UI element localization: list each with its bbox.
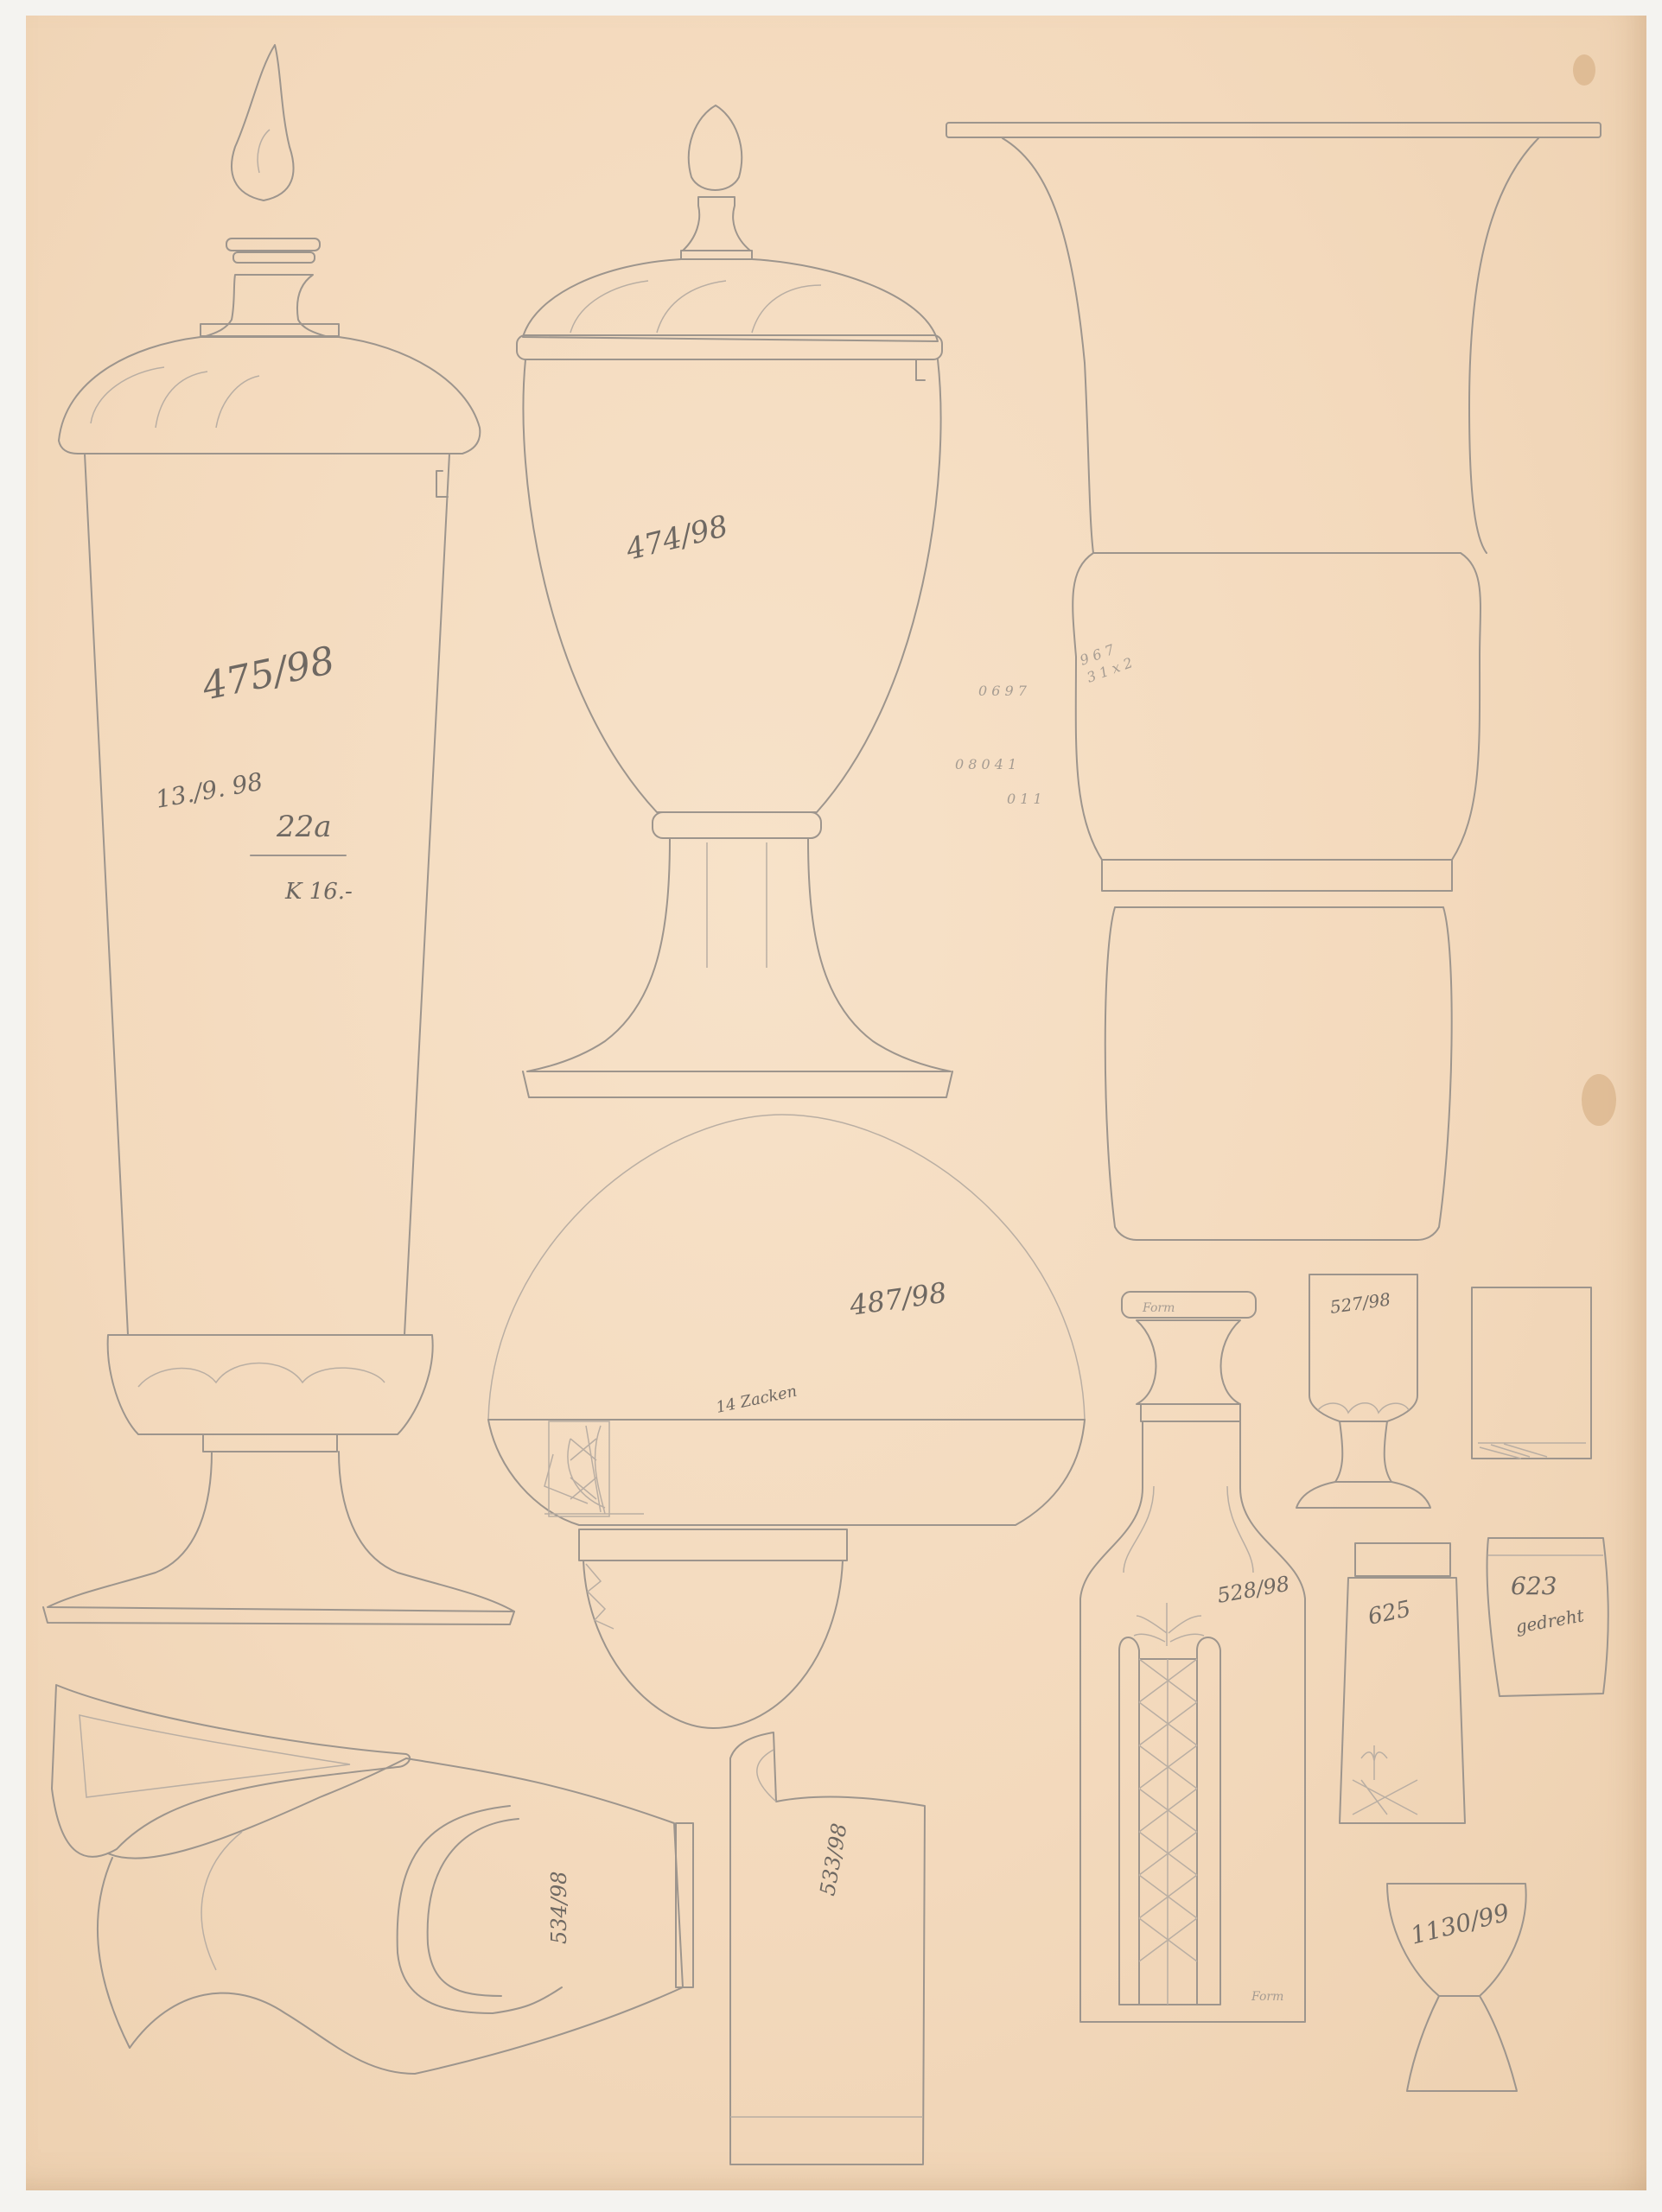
note-14-zacken: 14 Zacken [715,1382,799,1417]
label-474-98: 474/98 [622,509,732,568]
label-475-98: 475/98 [198,639,339,709]
label-625: 625 [1366,1596,1413,1630]
hemispherical-bowl-drawing [488,1115,1085,1728]
label-533-98: 533/98 [815,1821,851,1897]
svg-text:0 8 0 4 1: 0 8 0 4 1 [955,756,1016,772]
note-form-top: Form [1142,1301,1175,1315]
note-22a: 22a [276,810,332,844]
label-534-98: 534/98 [547,1872,571,1944]
label-487-98: 487/98 [847,1276,949,1322]
beaker-with-spout-drawing [730,1732,925,2164]
note-gedreht: gedreht [1514,1605,1587,1637]
lidded-urn-drawing [517,105,952,1097]
note-price: K 16.- [284,879,353,905]
pitcher-drawing [52,1685,693,2074]
label-623: 623 [1511,1572,1557,1600]
note-form-bottom: Form [1251,1990,1283,2004]
note-date: 13./9. 98 [153,767,264,814]
label-528-98: 528/98 [1215,1572,1291,1608]
label-1130-99: 1130/99 [1408,1898,1512,1950]
label-527-98: 527/98 [1328,1288,1391,1318]
decanter-drawing [1080,1292,1305,2022]
trumpet-vase-drawing: 0 6 9 7 9 6 7 3 1 x 2 0 8 0 4 1 0 1 1 [946,123,1601,1240]
drawing-canvas: 0 6 9 7 9 6 7 3 1 x 2 0 8 0 4 1 0 1 1 [0,0,1662,2212]
svg-text:0 6 9 7: 0 6 9 7 [978,683,1028,699]
tumbler-plain-drawing [1472,1287,1591,1459]
svg-text:0 1 1: 0 1 1 [1007,791,1042,807]
tumbler-cut-drawing [1340,1543,1465,1823]
